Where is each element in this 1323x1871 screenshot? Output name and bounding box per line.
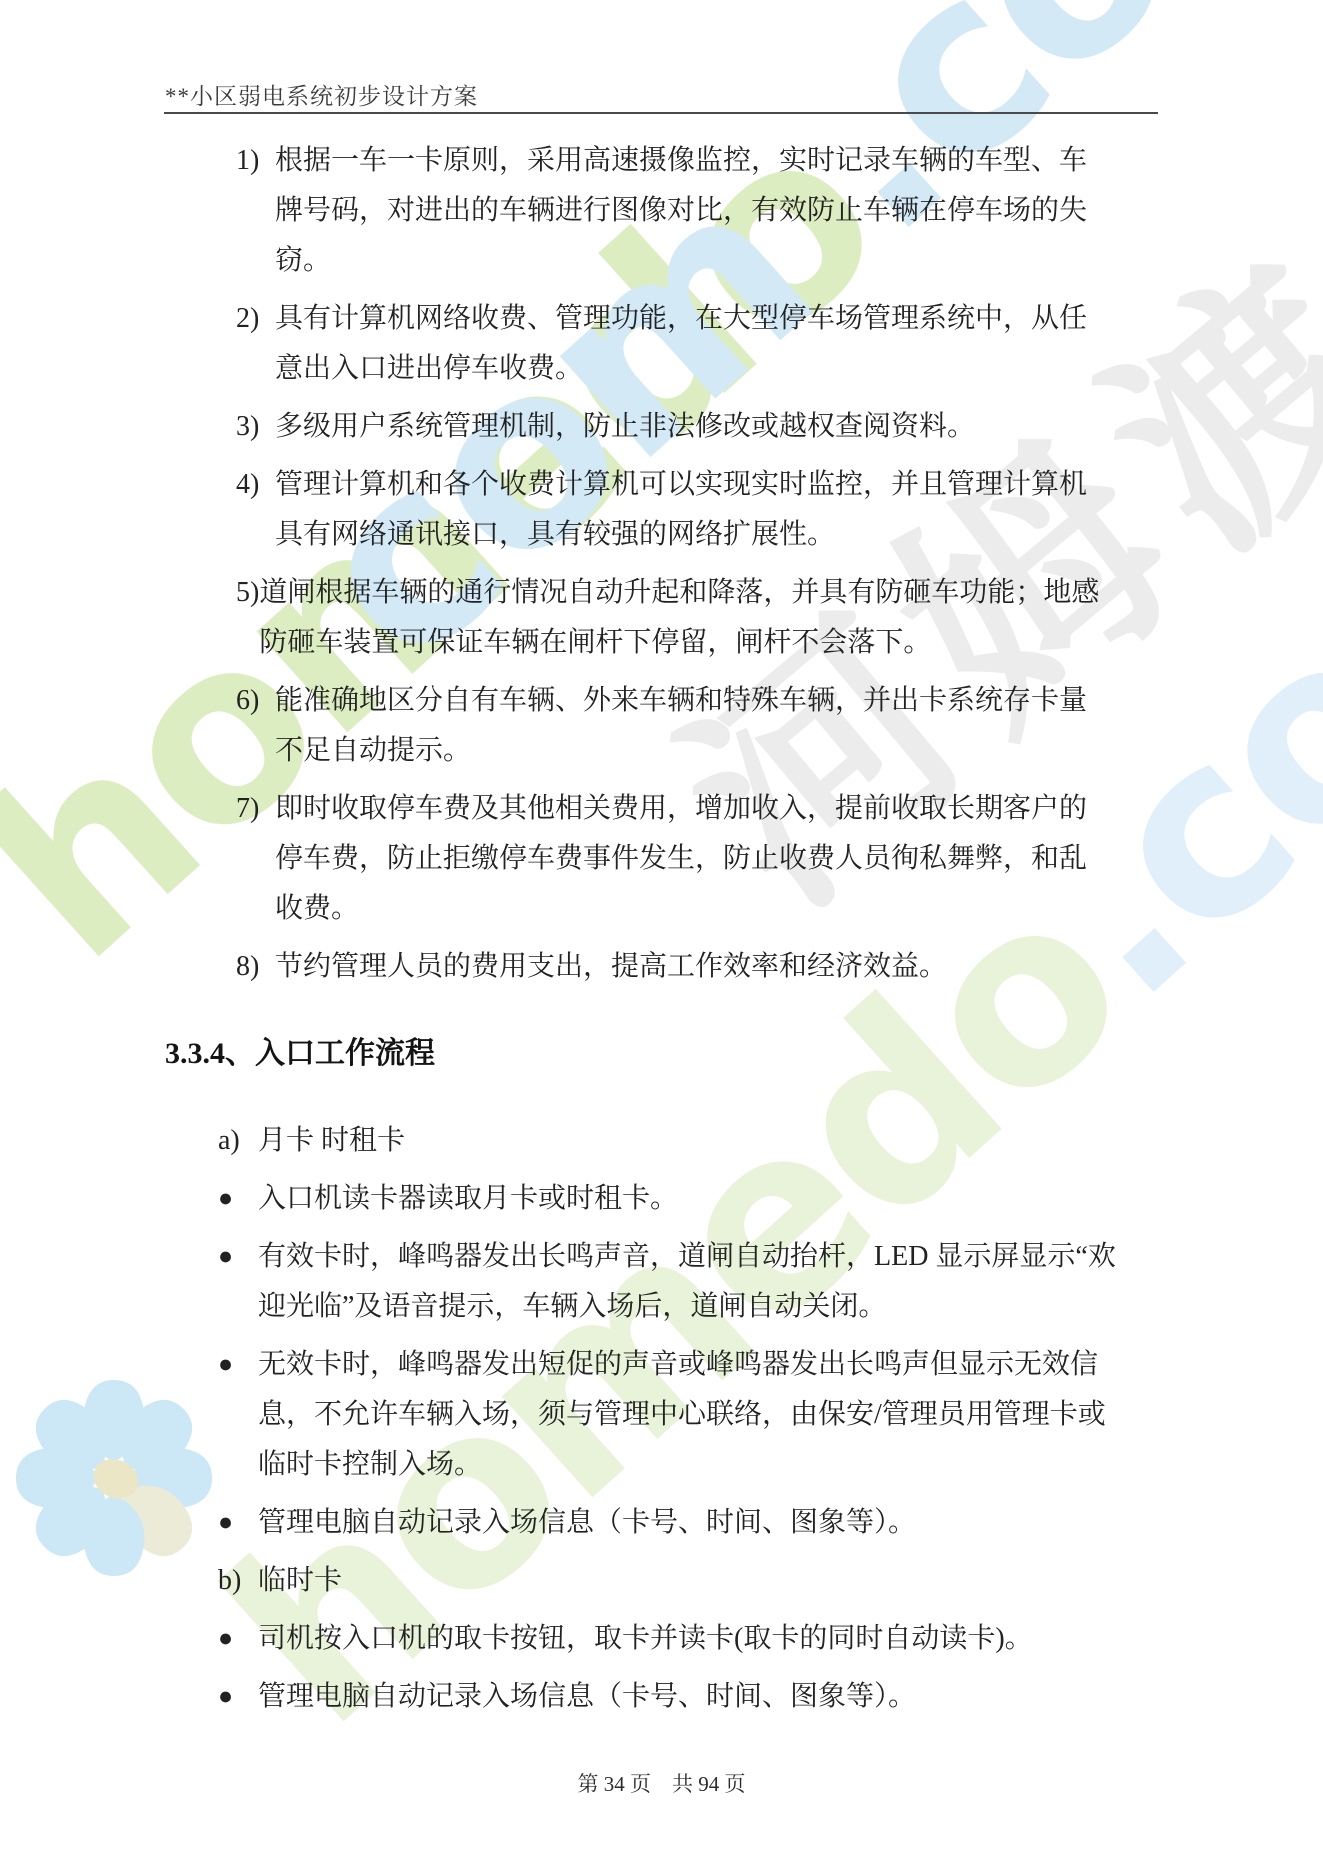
item-text: 即时收取停车费及其他相关费用，增加收入，提前收取长期客户的 停车费，防止拒缴停车… [275, 784, 1095, 934]
page-header-title: **小区弱电系统初步设计方案 [165, 78, 478, 111]
item-text: 有效卡时，峰鸣器发出长鸣声音，道闸自动抬杆，LED 显示屏显示“欢 迎光临”及语… [258, 1232, 1138, 1332]
item-marker: b) [165, 1556, 258, 1606]
item-text: 管理电脑自动记录入场信息（卡号、时间、图象等）。 [258, 1672, 1138, 1722]
item-marker: a) [165, 1116, 258, 1166]
bullet-icon: ● [165, 1232, 258, 1332]
item-text: 能准确地区分自有车辆、外来车辆和特殊车辆，并出卡系统存卡量 不足自动提示。 [275, 676, 1095, 776]
item-text: 入口机读卡器读取月卡或时租卡。 [258, 1174, 1138, 1224]
bullet-icon: ● [165, 1340, 258, 1490]
item-number: 4) [165, 460, 275, 560]
item-text: 月卡 时租卡 [258, 1116, 1138, 1166]
item-text: 管理计算机和各个收费计算机可以实现实时监控，并且管理计算机 具有网络通讯接口，具… [275, 460, 1095, 560]
numbered-item-2: 2)具有计算机网络收费、管理功能，在大型停车场管理系统中，从任 意出入口进出停车… [165, 294, 1175, 394]
item-text: 多级用户系统管理机制，防止非法修改或越权查阅资料。 [275, 402, 1095, 452]
list-item-letter-b: b)临时卡 [165, 1556, 1175, 1606]
item-number: 6) [165, 676, 275, 776]
item-text: 司机按入口机的取卡按钮，取卡并读卡(取卡的同时自动读卡)。 [258, 1614, 1138, 1664]
item-text: 节约管理人员的费用支出，提高工作效率和经济效益。 [275, 942, 1095, 992]
bullet-icon: ● [165, 1498, 258, 1548]
item-number: 7) [165, 784, 275, 934]
item-text: 无效卡时，峰鸣器发出短促的声音或峰鸣器发出长鸣声但显示无效信 息，不允许车辆入场… [258, 1340, 1138, 1490]
numbered-item-6: 6)能准确地区分自有车辆、外来车辆和特殊车辆，并出卡系统存卡量 不足自动提示。 [165, 676, 1175, 776]
numbered-item-1: 1)根据一车一卡原则，采用高速摄像监控，实时记录车辆的车型、车 牌号码，对进出的… [165, 136, 1175, 286]
bullet-icon: ● [165, 1672, 258, 1722]
header-rule [164, 112, 1158, 114]
numbered-item-7: 7)即时收取停车费及其他相关费用，增加收入，提前收取长期客户的 停车费，防止拒缴… [165, 784, 1175, 934]
numbered-item-8: 8)节约管理人员的费用支出，提高工作效率和经济效益。 [165, 942, 1175, 992]
list-item-bullet: ●司机按入口机的取卡按钮，取卡并读卡(取卡的同时自动读卡)。 [165, 1614, 1175, 1664]
item-number: 1) [165, 136, 275, 286]
item-text: 管理电脑自动记录入场信息（卡号、时间、图象等）。 [258, 1498, 1138, 1548]
document-body: 1)根据一车一卡原则，采用高速摄像监控，实时记录车辆的车型、车 牌号码，对进出的… [165, 136, 1175, 1730]
document-page: 河姆渡 homedo.com homedo.com com **小区弱电系统初步… [0, 0, 1323, 1871]
numbered-item-4: 4)管理计算机和各个收费计算机可以实现实时监控，并且管理计算机 具有网络通讯接口… [165, 460, 1175, 560]
bullet-icon: ● [165, 1614, 258, 1664]
list-item-bullet: ●有效卡时，峰鸣器发出长鸣声音，道闸自动抬杆，LED 显示屏显示“欢 迎光临”及… [165, 1232, 1175, 1332]
item-number: 2) [165, 294, 275, 394]
list-item-bullet: ●无效卡时，峰鸣器发出短促的声音或峰鸣器发出长鸣声但显示无效信 息，不允许车辆入… [165, 1340, 1175, 1490]
list-item-bullet: ●入口机读卡器读取月卡或时租卡。 [165, 1174, 1175, 1224]
list-item-letter-a: a)月卡 时租卡 [165, 1116, 1175, 1166]
item-text: 道闸根据车辆的通行情况自动升起和降落，并具有防砸车功能；地感 防砸车装置可保证车… [259, 568, 1107, 668]
list-item-bullet: ●管理电脑自动记录入场信息（卡号、时间、图象等）。 [165, 1498, 1175, 1548]
numbered-item-3: 3)多级用户系统管理机制，防止非法修改或越权查阅资料。 [165, 402, 1175, 452]
page-footer: 第 34 页 共 94 页 [0, 1768, 1323, 1798]
item-text: 根据一车一卡原则，采用高速摄像监控，实时记录车辆的车型、车 牌号码，对进出的车辆… [275, 136, 1095, 286]
item-number: 5) [165, 568, 259, 668]
item-number: 3) [165, 402, 275, 452]
item-text: 具有计算机网络收费、管理功能，在大型停车场管理系统中，从任 意出入口进出停车收费… [275, 294, 1095, 394]
item-number: 8) [165, 942, 275, 992]
numbered-item-5: 5)道闸根据车辆的通行情况自动升起和降落，并具有防砸车功能；地感 防砸车装置可保… [165, 568, 1175, 668]
bullet-icon: ● [165, 1174, 258, 1224]
section-heading: 3.3.4、入口工作流程 [165, 1032, 1175, 1076]
item-text: 临时卡 [258, 1556, 1138, 1606]
list-item-bullet: ●管理电脑自动记录入场信息（卡号、时间、图象等）。 [165, 1672, 1175, 1722]
